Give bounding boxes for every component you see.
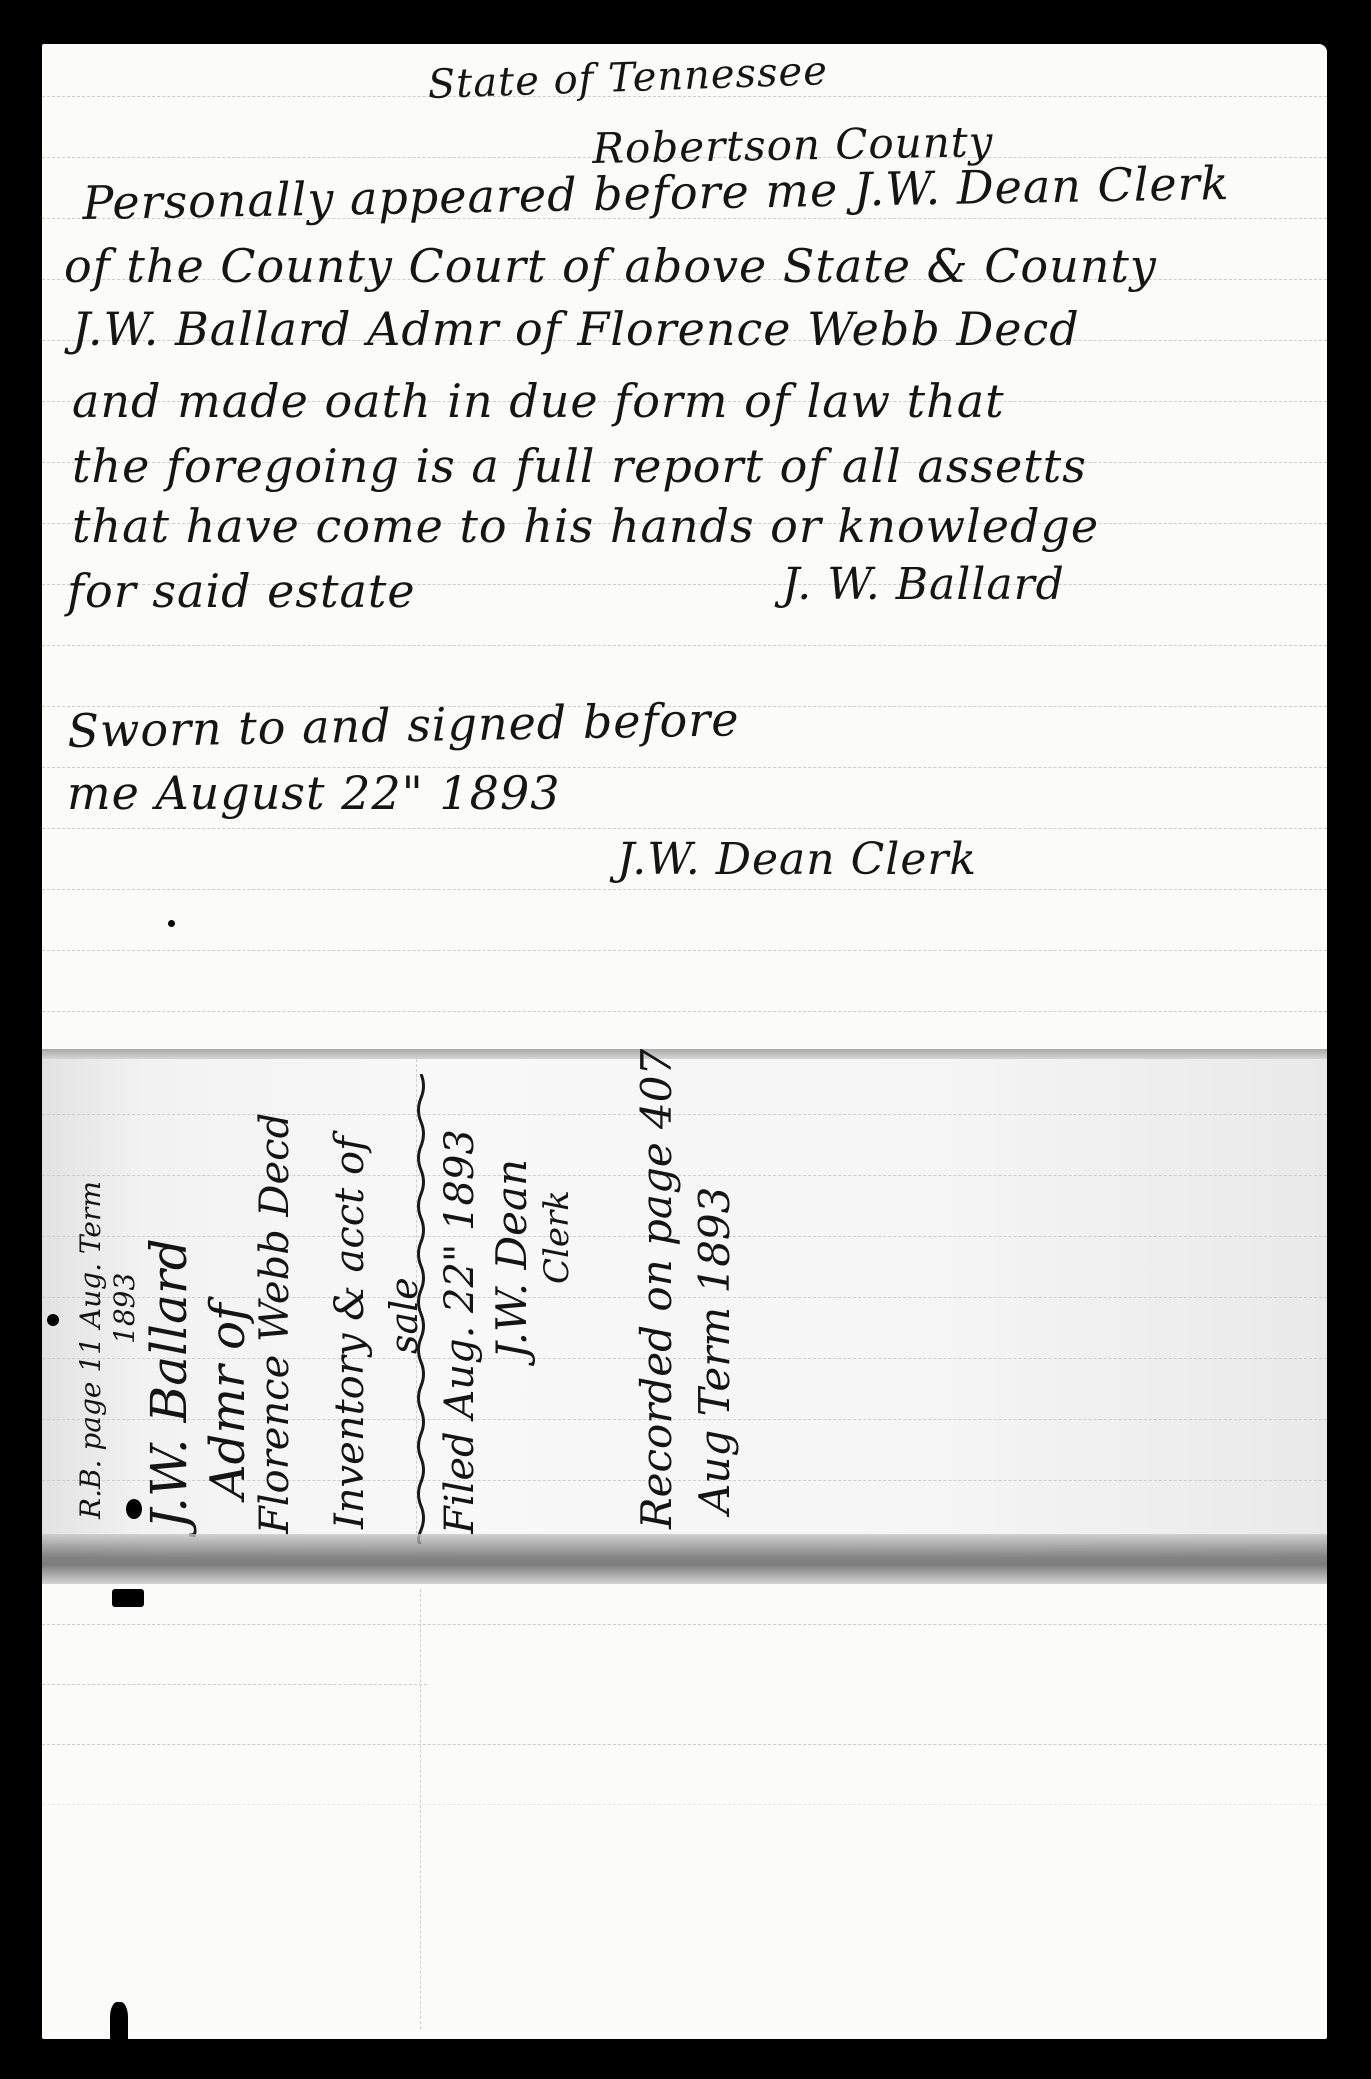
body-line-5: the foregoing is a full report of all as…	[72, 439, 1087, 493]
ink-blot	[47, 1314, 59, 1326]
docket-term: Aug Term 1893	[690, 1187, 739, 1514]
ruled-line	[42, 1236, 1327, 1237]
ruled-line	[42, 828, 1327, 829]
docket-line-1: J.W. Ballard	[140, 1238, 198, 1529]
clerk-signature: J.W. Dean Clerk	[617, 834, 977, 885]
ruled-line	[42, 1175, 1327, 1176]
docket-panel: R.B. page 11 Aug. Term 1893 J.W. Ballard…	[42, 1059, 1327, 1559]
ruled-line	[42, 645, 1327, 646]
ruled-line	[42, 1624, 1327, 1625]
docket-recorded: Recorded on page 407	[632, 1049, 681, 1529]
ruled-line	[42, 950, 1327, 951]
fold-line-vertical	[420, 1589, 421, 2029]
ink-dot	[168, 920, 175, 927]
body-line-2: of the County Court of above State & Cou…	[64, 239, 1157, 293]
ruled-line	[42, 1804, 1327, 1805]
affiant-signature: J. W. Ballard	[782, 559, 1065, 610]
ruled-line	[42, 1684, 427, 1685]
heading-state: State of Tennessee	[427, 48, 829, 108]
docket-line-3: Florence Webb Decd	[252, 1113, 298, 1534]
docket-line-4: Inventory & acct of	[327, 1136, 373, 1529]
docket-filed-signature: J.W. Dean	[487, 1159, 536, 1359]
docket-line-2: Admr of	[200, 1303, 256, 1499]
ruled-line	[42, 1744, 1327, 1745]
body-line-3: J.W. Ballard Admr of Florence Webb Decd	[72, 302, 1080, 356]
jurat-line-1: Sworn to and signed before	[67, 692, 740, 758]
body-line-6: that have come to his hands or knowledge	[72, 499, 1099, 553]
ink-blot	[126, 1499, 142, 1519]
ruled-line	[42, 1114, 1327, 1115]
ruled-line	[42, 1297, 1327, 1298]
jurat-line-2: me August 22" 1893	[67, 766, 560, 820]
docket-margin-note-1: R.B. page 11 Aug. Term	[74, 1181, 107, 1519]
docket-filed-date: Filed Aug. 22" 1893	[437, 1129, 483, 1534]
ruled-line	[42, 889, 1327, 890]
docket-filed-signature-title: Clerk	[537, 1190, 577, 1284]
torn-edge	[112, 1589, 144, 1607]
body-line-7: for said estate	[67, 564, 416, 618]
ruled-line	[42, 1011, 1327, 1012]
torn-edge	[110, 2002, 128, 2040]
document-page: State of Tennessee Robertson County Pers…	[42, 44, 1327, 2039]
fold-crease-bottom	[42, 1534, 1327, 1584]
body-line-4: and made oath in due form of law that	[72, 374, 1005, 428]
wavy-underline	[414, 1074, 428, 1544]
docket-margin-note-2: 1893	[108, 1273, 141, 1344]
